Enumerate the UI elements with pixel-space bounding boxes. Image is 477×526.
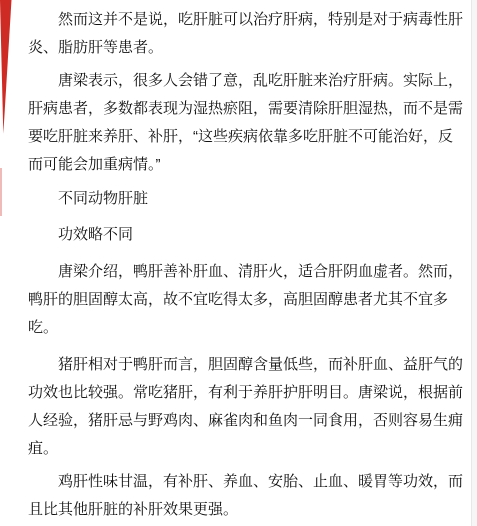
text-line: 肝病患者，多数都表现为湿热瘀阻，需要清除肝胆湿热，而不是需 (28, 95, 467, 123)
text-line: 功效略不同 (28, 221, 467, 249)
para-duck-liver: 唐梁介绍，鸭肝善补肝血、清肝火，适合肝阴血虚者。然而，鸭肝的胆固醇太高，故不宜吃… (28, 258, 467, 342)
para-tangliang-warning: 唐梁表示，很多人会错了意，乱吃肝脏来治疗肝病。实际上，肝病患者，多数都表现为湿热… (28, 67, 467, 179)
subhead-line-2: 功效略不同 (28, 221, 467, 249)
text-line: 功效也比较强。常吃猪肝，有利于养肝护肝明目。唐梁说，根据前 (28, 379, 467, 407)
article-text: 然而这并不是说，吃肝脏可以治疗肝病，特别是对于病毒性肝炎、脂肪肝等患者。唐梁表示… (0, 0, 477, 526)
text-line: 而可能会加重病情。” (28, 151, 467, 179)
text-line: 疽。 (28, 435, 467, 463)
text-line: 人经验，猪肝忌与野鸡肉、麻雀肉和鱼肉一同食用，否则容易生痈 (28, 407, 467, 435)
text-line: 不同动物肝脏 (28, 185, 467, 213)
text-line: 要吃肝脏来养肝、补肝，“这些疾病依靠多吃肝脏不可能治好，反 (28, 123, 467, 151)
para-chicken-liver: 鸡肝性味甘温，有补肝、养血、安胎、止血、暖胃等功效，而且比其他肝脏的补肝效果更强… (28, 468, 467, 524)
para-intro: 然而这并不是说，吃肝脏可以治疗肝病，特别是对于病毒性肝炎、脂肪肝等患者。 (28, 6, 467, 62)
text-line: 唐梁介绍，鸭肝善补肝血、清肝火，适合肝阴血虚者。然而， (28, 258, 467, 286)
text-line: 唐梁表示，很多人会错了意，乱吃肝脏来治疗肝病。实际上， (28, 67, 467, 95)
text-line: 鸭肝的胆固醇太高，故不宜吃得太多，高胆固醇患者尤其不宜多 (28, 286, 467, 314)
text-line: 猪肝相对于鸭肝而言，胆固醇含量低些，而补肝血、益肝气的 (28, 351, 467, 379)
text-line: 吃。 (28, 314, 467, 342)
text-line: 且比其他肝脏的补肝效果更强。 (28, 496, 467, 524)
subhead-line-1: 不同动物肝脏 (28, 185, 467, 213)
text-line: 炎、脂肪肝等患者。 (28, 34, 467, 62)
text-line: 然而这并不是说，吃肝脏可以治疗肝病，特别是对于病毒性肝 (28, 6, 467, 34)
para-pig-liver: 猪肝相对于鸭肝而言，胆固醇含量低些，而补肝血、益肝气的功效也比较强。常吃猪肝，有… (28, 351, 467, 463)
text-line: 鸡肝性味甘温，有补肝、养血、安胎、止血、暖胃等功效，而 (28, 468, 467, 496)
